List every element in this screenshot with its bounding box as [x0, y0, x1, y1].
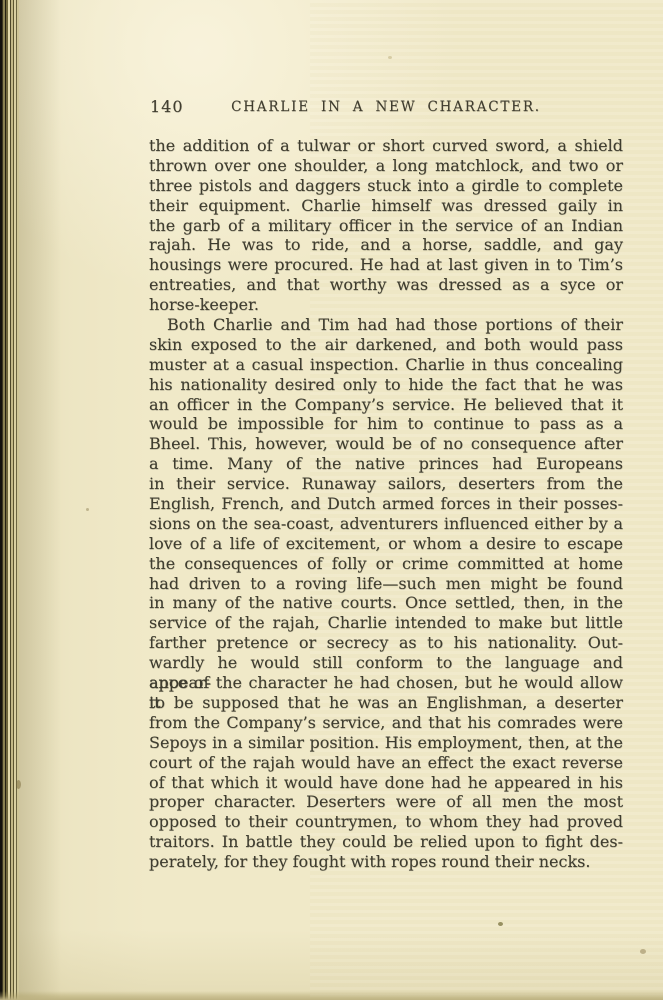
gutter-shadow: [19, 0, 61, 1000]
paragraph: Both Charlie and Tim had had those porti…: [149, 315, 623, 872]
text-line: opposed to their countrymen, to whom the…: [149, 812, 623, 832]
dust-speck: [498, 922, 503, 926]
text-line: sions on the sea-coast, adventurers infl…: [149, 514, 623, 534]
text-line: muster at a casual inspection. Charlie i…: [149, 355, 623, 375]
text-line: three pistols and daggers stuck into a g…: [149, 176, 623, 196]
running-title: CHARLIE IN A NEW CHARACTER.: [149, 97, 623, 117]
text-line: in their service. Runaway sailors, deser…: [149, 474, 623, 494]
text-line: in many of the native courts. Once settl…: [149, 593, 623, 613]
book-page-scan: 140 CHARLIE IN A NEW CHARACTER. the addi…: [0, 0, 663, 1000]
text-line: wardly he would still conform to the lan…: [149, 653, 623, 673]
text-line: of that which it would have done had he …: [149, 773, 623, 793]
text-line: Bheel. This, however, would be of no con…: [149, 434, 623, 454]
text-line: Both Charlie and Tim had had those porti…: [149, 315, 623, 335]
text-line: to be supposed that he was an Englishman…: [149, 693, 623, 713]
dust-speck: [640, 949, 646, 954]
text-line: court of the rajah would have an effect …: [149, 753, 623, 773]
text-block: the addition of a tulwar or short curved…: [149, 136, 623, 872]
text-line: skin exposed to the air darkened, and bo…: [149, 335, 623, 355]
text-line: would be impossible for him to continue …: [149, 414, 623, 434]
page-bottom-edge: [0, 991, 663, 1000]
text-line: love of a life of excitement, or whom a …: [149, 534, 623, 554]
dust-speck: [388, 56, 392, 59]
text-line: rajah. He was to ride, and a horse, sadd…: [149, 235, 623, 255]
book-gutter-binding: [0, 0, 19, 1000]
text-line: housings were procured. He had at last g…: [149, 255, 623, 275]
text-line: proper character. Deserters were of all …: [149, 792, 623, 812]
page-number: 140: [150, 97, 184, 117]
text-line: entreaties, and that worthy was dressed …: [149, 275, 623, 295]
dust-speck: [86, 508, 89, 511]
text-line: perately, for they fought with ropes rou…: [149, 852, 623, 872]
text-line: the addition of a tulwar or short curved…: [149, 136, 623, 156]
text-line: from the Company’s service, and that his…: [149, 713, 623, 733]
text-line: service of the rajah, Charlie intended t…: [149, 613, 623, 633]
text-line: horse-keeper.: [149, 295, 623, 315]
text-line: the garb of a military officer in the se…: [149, 216, 623, 236]
text-line: his nationality desired only to hide the…: [149, 375, 623, 395]
text-line: Sepoys in a similar position. His employ…: [149, 733, 623, 753]
text-line: English, French, and Dutch armed forces …: [149, 494, 623, 514]
text-line: had driven to a roving life—such men mig…: [149, 574, 623, 594]
text-line: a time. Many of the native princes had E…: [149, 454, 623, 474]
text-line: ance of the character he had chosen, but…: [149, 673, 623, 693]
paragraph: the addition of a tulwar or short curved…: [149, 136, 623, 315]
text-line: thrown over one shoulder, a long matchlo…: [149, 156, 623, 176]
text-line: an officer in the Company’s service. He …: [149, 395, 623, 415]
text-line: traitors. In battle they could be relied…: [149, 832, 623, 852]
text-line: farther pretence or secrecy as to his na…: [149, 633, 623, 653]
text-line: the consequences of folly or crime commi…: [149, 554, 623, 574]
text-line: their equipment. Charlie himself was dre…: [149, 196, 623, 216]
page-header: 140 CHARLIE IN A NEW CHARACTER.: [149, 97, 623, 117]
